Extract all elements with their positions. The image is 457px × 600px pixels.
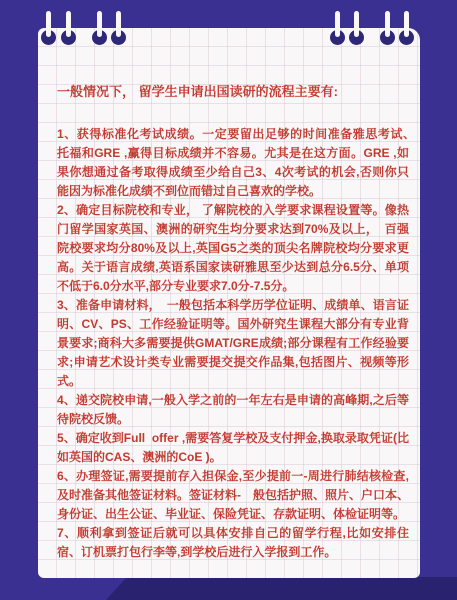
ring-stem (354, 11, 359, 37)
page-title: 一般情况下， 留学生申请出国读研的流程主要有: (57, 82, 409, 101)
step-paragraph: 7、顺利拿到签证后就可以具体安排自己的留学行程,比如安排住宿、订机票打包行李等,… (57, 524, 409, 562)
step-paragraph: 4、递交院校申请,一般入学之前的一年左右是申请的高峰期,之后等待院校反馈。 (57, 391, 409, 429)
steps-text: 1、获得标准化考试成绩。一定要留出足够的时间准备雅思考试、 托福和GRE ,赢得… (57, 125, 409, 562)
study-abroad-poster: 一般情况下， 留学生申请出国读研的流程主要有: 1、获得标准化考试成绩。一定要留… (0, 0, 457, 600)
binder-ring-icon (111, 30, 126, 45)
ring-stem (335, 11, 340, 37)
ring-stem (46, 11, 51, 37)
ring-stem (66, 11, 71, 37)
page-bottom-shadow (0, 577, 457, 600)
step-paragraph: 2、确定目标院校和专业， 了解院校的入学要求课程设置等。像热门留学国家英国、澳洲… (57, 201, 409, 296)
step-paragraph: 6、办理签证,需要提前存入担保金,至少提前一-周进行肺结核检查,及时准备其他签证… (57, 467, 409, 524)
step-paragraph: 3、准备申请材料， 一般包括本科学历学位证明、成绩单、语言证明、CV、PS、工作… (57, 296, 409, 391)
binder-ring-icon (92, 30, 107, 45)
page-content: 一般情况下， 留学生申请出国读研的流程主要有: 1、获得标准化考试成绩。一定要留… (57, 82, 409, 562)
binder-ring-icon (330, 30, 345, 45)
ring-stem (97, 11, 102, 37)
ring-stem (385, 11, 390, 37)
binder-ring-icon (41, 30, 56, 45)
ring-stem (404, 11, 409, 37)
ring-stem (116, 11, 121, 37)
binder-ring-icon (349, 30, 364, 45)
step-paragraph: 1、获得标准化考试成绩。一定要留出足够的时间准备雅思考试、 托福和GRE ,赢得… (57, 125, 409, 201)
step-paragraph: 5、确定收到Full offer ,需要答复学校及支付押金,换取录取凭证(比如英… (57, 429, 409, 467)
notebook-page: 一般情况下， 留学生申请出国读研的流程主要有: 1、获得标准化考试成绩。一定要留… (38, 28, 420, 578)
binder-ring-icon (61, 30, 76, 45)
binder-ring-icon (380, 30, 395, 45)
binder-ring-icon (399, 30, 414, 45)
